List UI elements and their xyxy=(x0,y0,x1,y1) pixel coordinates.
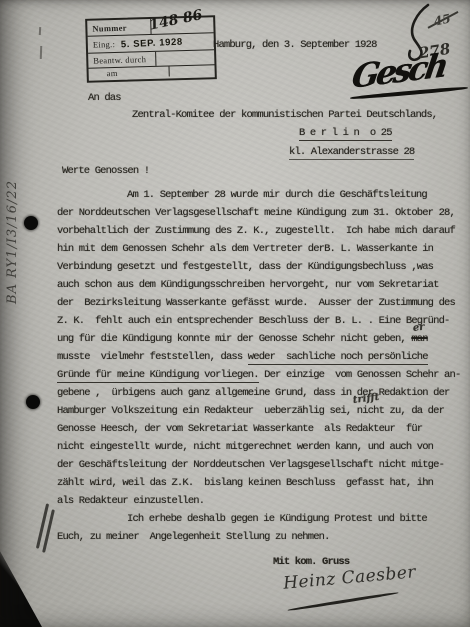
typed-text: Der einzige vom Genossen Schehr an- xyxy=(259,369,461,381)
body-line: der Norddeutschen Verlagsgesellschaft me… xyxy=(57,204,469,222)
typed-text: der Norddeutschen Verlagsgesellschaft me… xyxy=(57,207,455,219)
stamp-row-am: am xyxy=(88,64,214,79)
scanned-letter-page: Nummer 148 86 Eing.: 5. SEP. 1928 Beantw… xyxy=(0,0,470,627)
body-line: zählt wird, weil das Z.K. bislang keinen… xyxy=(57,474,469,492)
fold-mark xyxy=(40,46,42,59)
typed-text: hin mit dem Genossen Schehr als dem Vert… xyxy=(57,243,433,255)
body-line: ung für die Kündigung konnte mir der Gen… xyxy=(57,330,469,348)
typed-text: Verbindung gesetzt und festgestellt, das… xyxy=(57,261,433,273)
stamp-label-am: am xyxy=(89,67,169,79)
scan-corner-shadow xyxy=(0,548,42,627)
body-line: Ich erhebe deshalb gegen ie Kündigung Pr… xyxy=(57,510,469,528)
letter-body: Am 1. September 28 wurde mir durch die G… xyxy=(57,186,469,546)
body-line: Genosse Heesch, der vom Sekretariat Wass… xyxy=(57,420,469,438)
crossed-out-number: 45 xyxy=(433,11,452,28)
body-line: nicht eingestellt wurde, nicht mitgerech… xyxy=(57,438,469,456)
typed-text: musste vielmehr feststellen, dass xyxy=(57,351,248,363)
body-line: Verbindung gesetzt und festgestellt, das… xyxy=(57,258,469,276)
typed-text: Z. K. fehlt auch ein entsprechender Besc… xyxy=(57,315,449,327)
underlined-text: Gründe für meine Kündigung vorliegen. xyxy=(57,369,259,383)
underlined-text: weder sachliche noch persönliche xyxy=(248,351,428,365)
typed-text: ung für die Kündigung konnte mir der Gen… xyxy=(57,333,411,345)
body-line: hin mit dem Genossen Schehr als dem Vert… xyxy=(57,240,469,258)
typed-text: der Bezirksleitung Wasserkante gefässt w… xyxy=(57,297,455,309)
stamp-empty-cell xyxy=(168,65,214,76)
body-line: auch schon aus dem Kündigungsschreiben h… xyxy=(57,276,469,294)
body-line: Gründe für meine Kündigung vorliegen. De… xyxy=(57,366,469,384)
stamp-label-eingang: Eing.: xyxy=(88,39,116,50)
recipient-street: kl. Alexanderstrasse 28 xyxy=(289,146,414,160)
registry-stamp: Nummer 148 86 Eing.: 5. SEP. 1928 Beantw… xyxy=(85,15,217,83)
closing-greeting: Mit kom. Gruss xyxy=(273,556,349,568)
typed-text: Genosse Heesch, der vom Sekretariat Wass… xyxy=(57,423,422,435)
recipient-city: B e r l i n o 25 xyxy=(299,127,392,141)
typed-text: Euch, zu meiner Angelegenheit Stellung z… xyxy=(57,531,330,543)
typed-text: nicht zu, da der xyxy=(351,405,444,417)
typed-text: Am 1. September 28 wurde mir durch die G… xyxy=(127,189,427,201)
body-line: vorbehaltlich der Zustimmung des Z. K., … xyxy=(57,222,469,240)
archive-signature-note: BA RY1/I3/16/22 xyxy=(5,151,25,333)
received-date-stamp: 5. SEP. 1928 xyxy=(121,36,183,50)
body-line: der Geschäftsleitung der Norddeutschen V… xyxy=(57,456,469,474)
typed-text: auch schon aus dem Kündigungsschreiben h… xyxy=(57,279,439,291)
place-date-line: Hamburg, den 3. September 1928 xyxy=(213,39,377,51)
stamp-number-handwritten: 148 86 xyxy=(148,7,204,33)
body-line: musste vielmehr feststellen, dass weder … xyxy=(57,348,469,366)
typed-text: nicht eingestellt wurde, nicht mitgerech… xyxy=(57,441,433,453)
signature-underline xyxy=(287,591,398,611)
typed-text: als Redakteur einzustellen. xyxy=(57,495,204,507)
body-line: der Bezirksleitung Wasserkante gefässt w… xyxy=(57,294,469,312)
typed-text: Ich erhebe deshalb gegen ie Kündigung Pr… xyxy=(127,513,427,525)
punch-hole-icon xyxy=(26,395,40,409)
body-line: Z. K. fehlt auch ein entsprechender Besc… xyxy=(57,312,469,330)
typed-text: vorbehaltlich der Zustimmung des Z. K., … xyxy=(57,225,455,237)
recipient-committee: Zentral-Komitee der kommunistischen Part… xyxy=(132,109,437,121)
punch-hole-icon xyxy=(24,216,38,230)
stamp-label-beantwortet: Beantw. durch xyxy=(88,54,155,66)
body-line: Am 1. September 28 wurde mir durch die G… xyxy=(57,186,469,204)
typed-text: zählt wird, weil das Z.K. bislang keinen… xyxy=(57,477,433,489)
body-line: Hamburger Volkszeitung ein Redakteur ueb… xyxy=(57,402,469,420)
typed-text: der Geschäftsleitung der Norddeutschen V… xyxy=(57,459,444,471)
salutation: Werte Genossen ! xyxy=(62,165,149,177)
typed-text: gebene , ürbigens auch ganz allgemeine G… xyxy=(57,387,449,399)
typed-text: Hamburger Volkszeitung ein Redakteur ueb… xyxy=(57,405,351,417)
fold-mark xyxy=(39,27,41,35)
body-line: als Redakteur einzustellen. xyxy=(57,492,469,510)
body-line: gebene , ürbigens auch ganz allgemeine G… xyxy=(57,384,469,402)
recipient-an-das: An das xyxy=(88,92,121,104)
body-line: Euch, zu meiner Angelegenheit Stellung z… xyxy=(57,528,469,546)
